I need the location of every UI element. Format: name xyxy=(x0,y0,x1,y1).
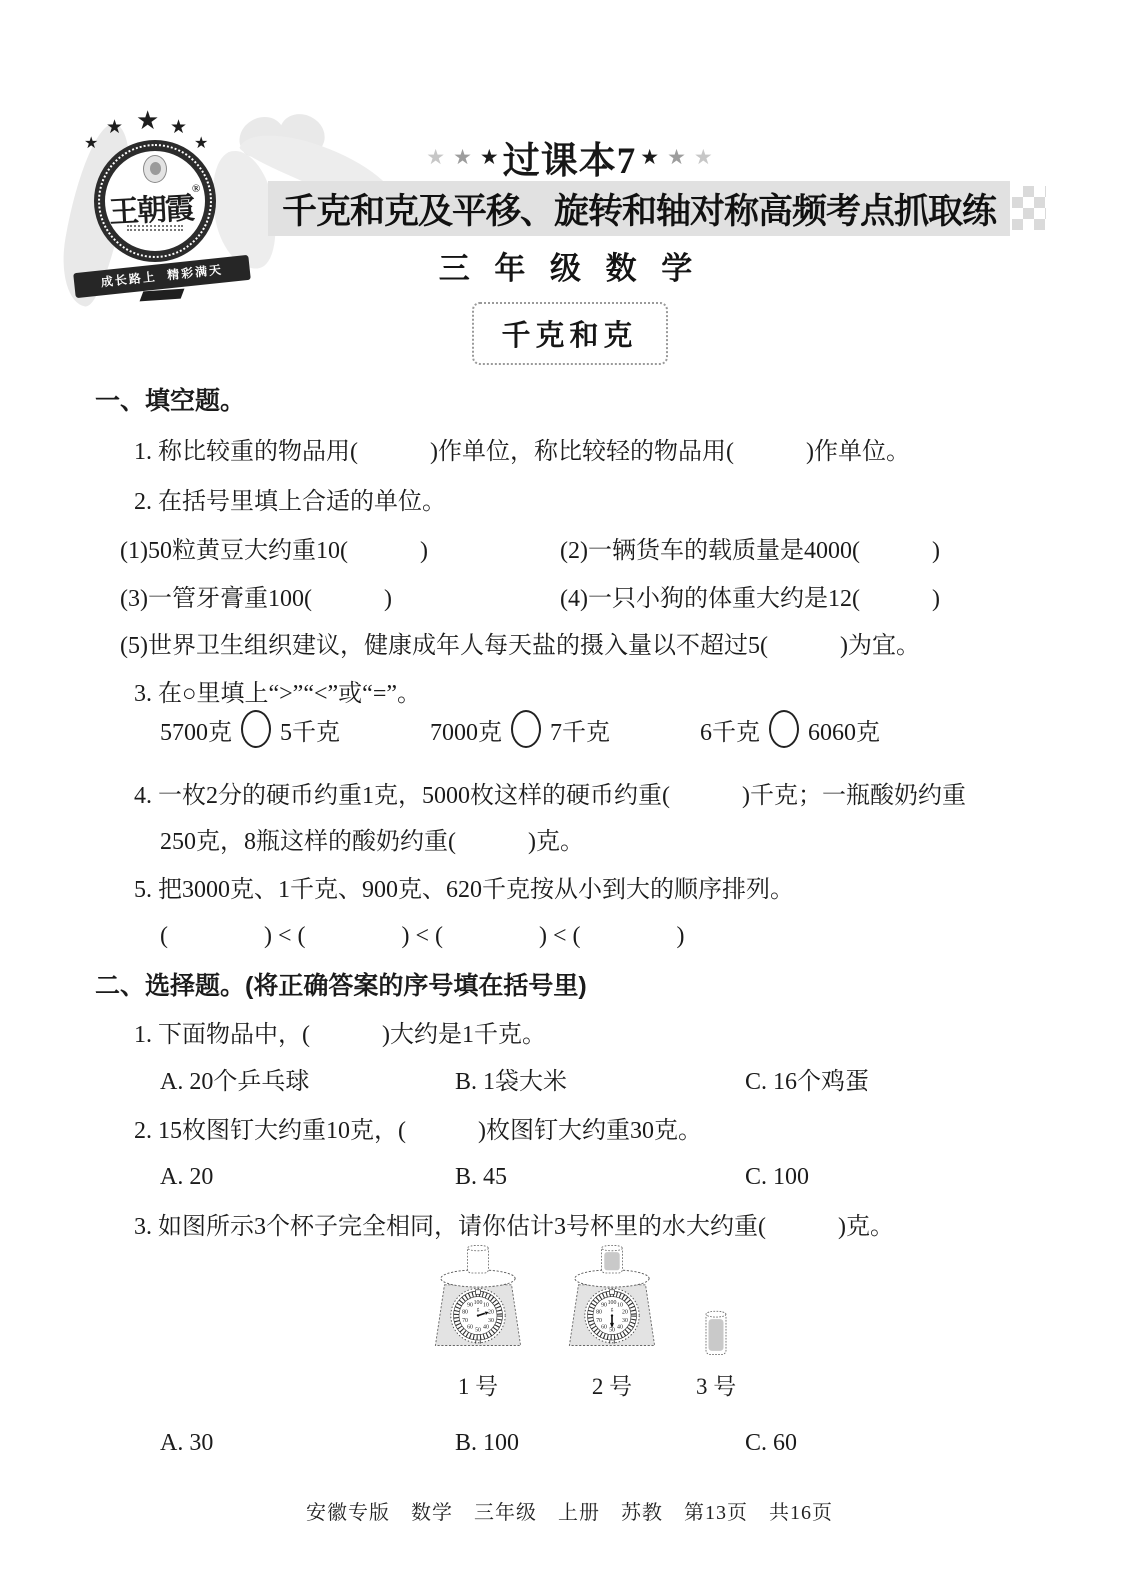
cup-icon xyxy=(701,1310,731,1360)
choice-q2-option-b: B. 45 xyxy=(455,1162,507,1192)
compare-item: 5700克5千克 xyxy=(160,710,340,748)
compare-circle xyxy=(511,710,541,748)
choice-q1: 1. 下面物品中，( )大约是1千克。 xyxy=(134,1020,546,1050)
fill-q2-sub2: (2)一辆货车的载质量是4000( ) xyxy=(560,536,940,566)
dial-number: 40 xyxy=(483,1325,489,1331)
water-fill xyxy=(709,1319,724,1351)
dial-number: 60 xyxy=(467,1325,473,1331)
section-fill-heading: 一、填空题。 xyxy=(95,386,245,417)
checker-decoration xyxy=(1012,186,1046,230)
cup-3-label: 3 号 xyxy=(696,1368,736,1401)
registered-mark: ® xyxy=(192,183,201,195)
fill-q4-line1: 4. 一枚2分的硬币约重1克，5000枚这样的硬币约重( )千克；一瓶酸奶约重 xyxy=(134,781,966,811)
fill-q5-blanks: ( ) < ( ) < ( ) < ( ) xyxy=(160,921,685,951)
choice-q1-option-a: A. 20个乒乓球 xyxy=(160,1067,309,1097)
dial-number: 20 xyxy=(622,1310,628,1316)
fill-q5: 5. 把3000克、1千克、900克、620千克按从小到大的顺序排列。 xyxy=(134,875,794,905)
compare-left: 7000克 xyxy=(430,712,502,747)
water-fill xyxy=(604,1252,619,1270)
choice-q3-option-b: B. 100 xyxy=(455,1428,519,1458)
dial-number: 30 xyxy=(488,1318,494,1324)
dial-number: 90 xyxy=(601,1303,607,1309)
dial-number: 90 xyxy=(467,1303,473,1309)
choice-q2: 2. 15枚图钉大约重10克，( )枚图钉大约重30克。 xyxy=(134,1116,702,1146)
dial-number: 10 xyxy=(617,1303,623,1309)
scale-2: 10 20 30 40 50 60 70 80 90 100 g xyxy=(562,1244,662,1401)
dial-number: 80 xyxy=(596,1310,602,1316)
unit-title: ★★★过课本7★★★ xyxy=(0,130,1139,184)
unit-title-text: 过课本7 xyxy=(503,141,637,182)
scale-icon: 10 20 30 40 50 60 70 80 90 100 g xyxy=(428,1244,528,1360)
fill-q4-line2: 250克，8瓶这样的酸奶约重( )克。 xyxy=(160,827,584,857)
logo-small-text xyxy=(127,225,183,231)
fill-q2-sub1: (1)50粒黄豆大约重10( ) xyxy=(120,536,428,566)
choice-q2-option-a: A. 20 xyxy=(160,1162,213,1192)
dial-number: 100 xyxy=(474,1300,483,1306)
compare-item: 6千克6060克 xyxy=(700,710,880,748)
dial-number: 50 xyxy=(475,1327,481,1333)
star-icon: ★ xyxy=(694,145,713,169)
dial-number: 30 xyxy=(622,1318,628,1324)
dial-number: 20 xyxy=(488,1310,494,1316)
grade-title: 三 年 级 数 学 xyxy=(0,243,1139,288)
compare-right: 5千克 xyxy=(280,712,340,747)
choice-q3: 3. 如图所示3个杯子完全相同，请你估计3号杯里的水大约重( )克。 xyxy=(134,1212,894,1242)
fill-q3: 3. 在○里填上“>”“<”或“=”。 xyxy=(134,679,421,709)
fill-q2-sub3: (3)一管牙膏重100( ) xyxy=(120,584,392,614)
scale-2-label: 2 号 xyxy=(592,1368,632,1401)
cup-3: 3 号 xyxy=(696,1310,736,1401)
page-footer: 安徽专版 数学 三年级 上册 苏教 第13页 共16页 xyxy=(0,1496,1139,1525)
star-icon: ★ xyxy=(480,145,499,169)
choice-q1-option-b: B. 1袋大米 xyxy=(455,1067,567,1097)
star-icon: ★ xyxy=(640,145,659,169)
fill-q2-sub5: (5)世界卫生组织建议，健康成年人每天盐的摄入量以不超过5( )为宜。 xyxy=(120,631,920,661)
scale-icon: 10 20 30 40 50 60 70 80 90 100 g xyxy=(562,1244,662,1360)
fill-q1: 1. 称比较重的物品用( )作单位，称比较轻的物品用( )作单位。 xyxy=(134,437,910,467)
logo-ribbon-tail xyxy=(140,289,185,302)
dial-number: 60 xyxy=(601,1325,607,1331)
compare-right: 7千克 xyxy=(550,712,610,747)
choice-q2-option-c: C. 100 xyxy=(745,1162,809,1192)
dial-number: 100 xyxy=(608,1300,617,1306)
choice-q3-option-a: A. 30 xyxy=(160,1428,213,1458)
compare-left: 5700克 xyxy=(160,712,232,747)
worksheet-page: ★ ★ ★ ★ ★ 王朝霞® 成长路上 精彩满天 ★★★过课本7★★★ 千克和克… xyxy=(0,0,1139,1582)
dial-number: 70 xyxy=(462,1318,468,1324)
banner: 千克和克及平移、旋转和轴对称高频考点抓取练 xyxy=(268,181,1010,236)
banner-title: 千克和克及平移、旋转和轴对称高频考点抓取练 xyxy=(282,184,996,234)
fill-q2-sub4: (4)一只小狗的体重大约是12( ) xyxy=(560,584,940,614)
dial-number: 70 xyxy=(596,1318,602,1324)
compare-left: 6千克 xyxy=(700,712,760,747)
brand-text: 王朝霞 xyxy=(108,192,194,229)
scales-figure: 10 20 30 40 50 60 70 80 90 100 g xyxy=(428,1244,736,1401)
star-icon: ★ xyxy=(667,145,686,169)
dial-number: 40 xyxy=(617,1325,623,1331)
star-icon: ★ xyxy=(453,145,472,169)
compare-circle xyxy=(769,710,799,748)
compare-right: 6060克 xyxy=(808,712,880,747)
choice-q3-option-c: C. 60 xyxy=(745,1428,797,1458)
compare-circle xyxy=(241,710,271,748)
fill-q2: 2. 在括号里填上合适的单位。 xyxy=(134,487,446,517)
compare-item: 7000克7千克 xyxy=(430,710,610,748)
section-choice-heading: 二、选择题。(将正确答案的序号填在括号里) xyxy=(95,971,587,1002)
choice-q1-option-c: C. 16个鸡蛋 xyxy=(745,1067,869,1097)
dial-number: 80 xyxy=(462,1310,468,1316)
star-icon: ★ xyxy=(426,145,445,169)
scale-1: 10 20 30 40 50 60 70 80 90 100 g xyxy=(428,1244,528,1401)
dial-number: 10 xyxy=(483,1303,489,1309)
topic-box: 千克和克 xyxy=(471,302,667,365)
scale-1-label: 1 号 xyxy=(458,1368,498,1401)
